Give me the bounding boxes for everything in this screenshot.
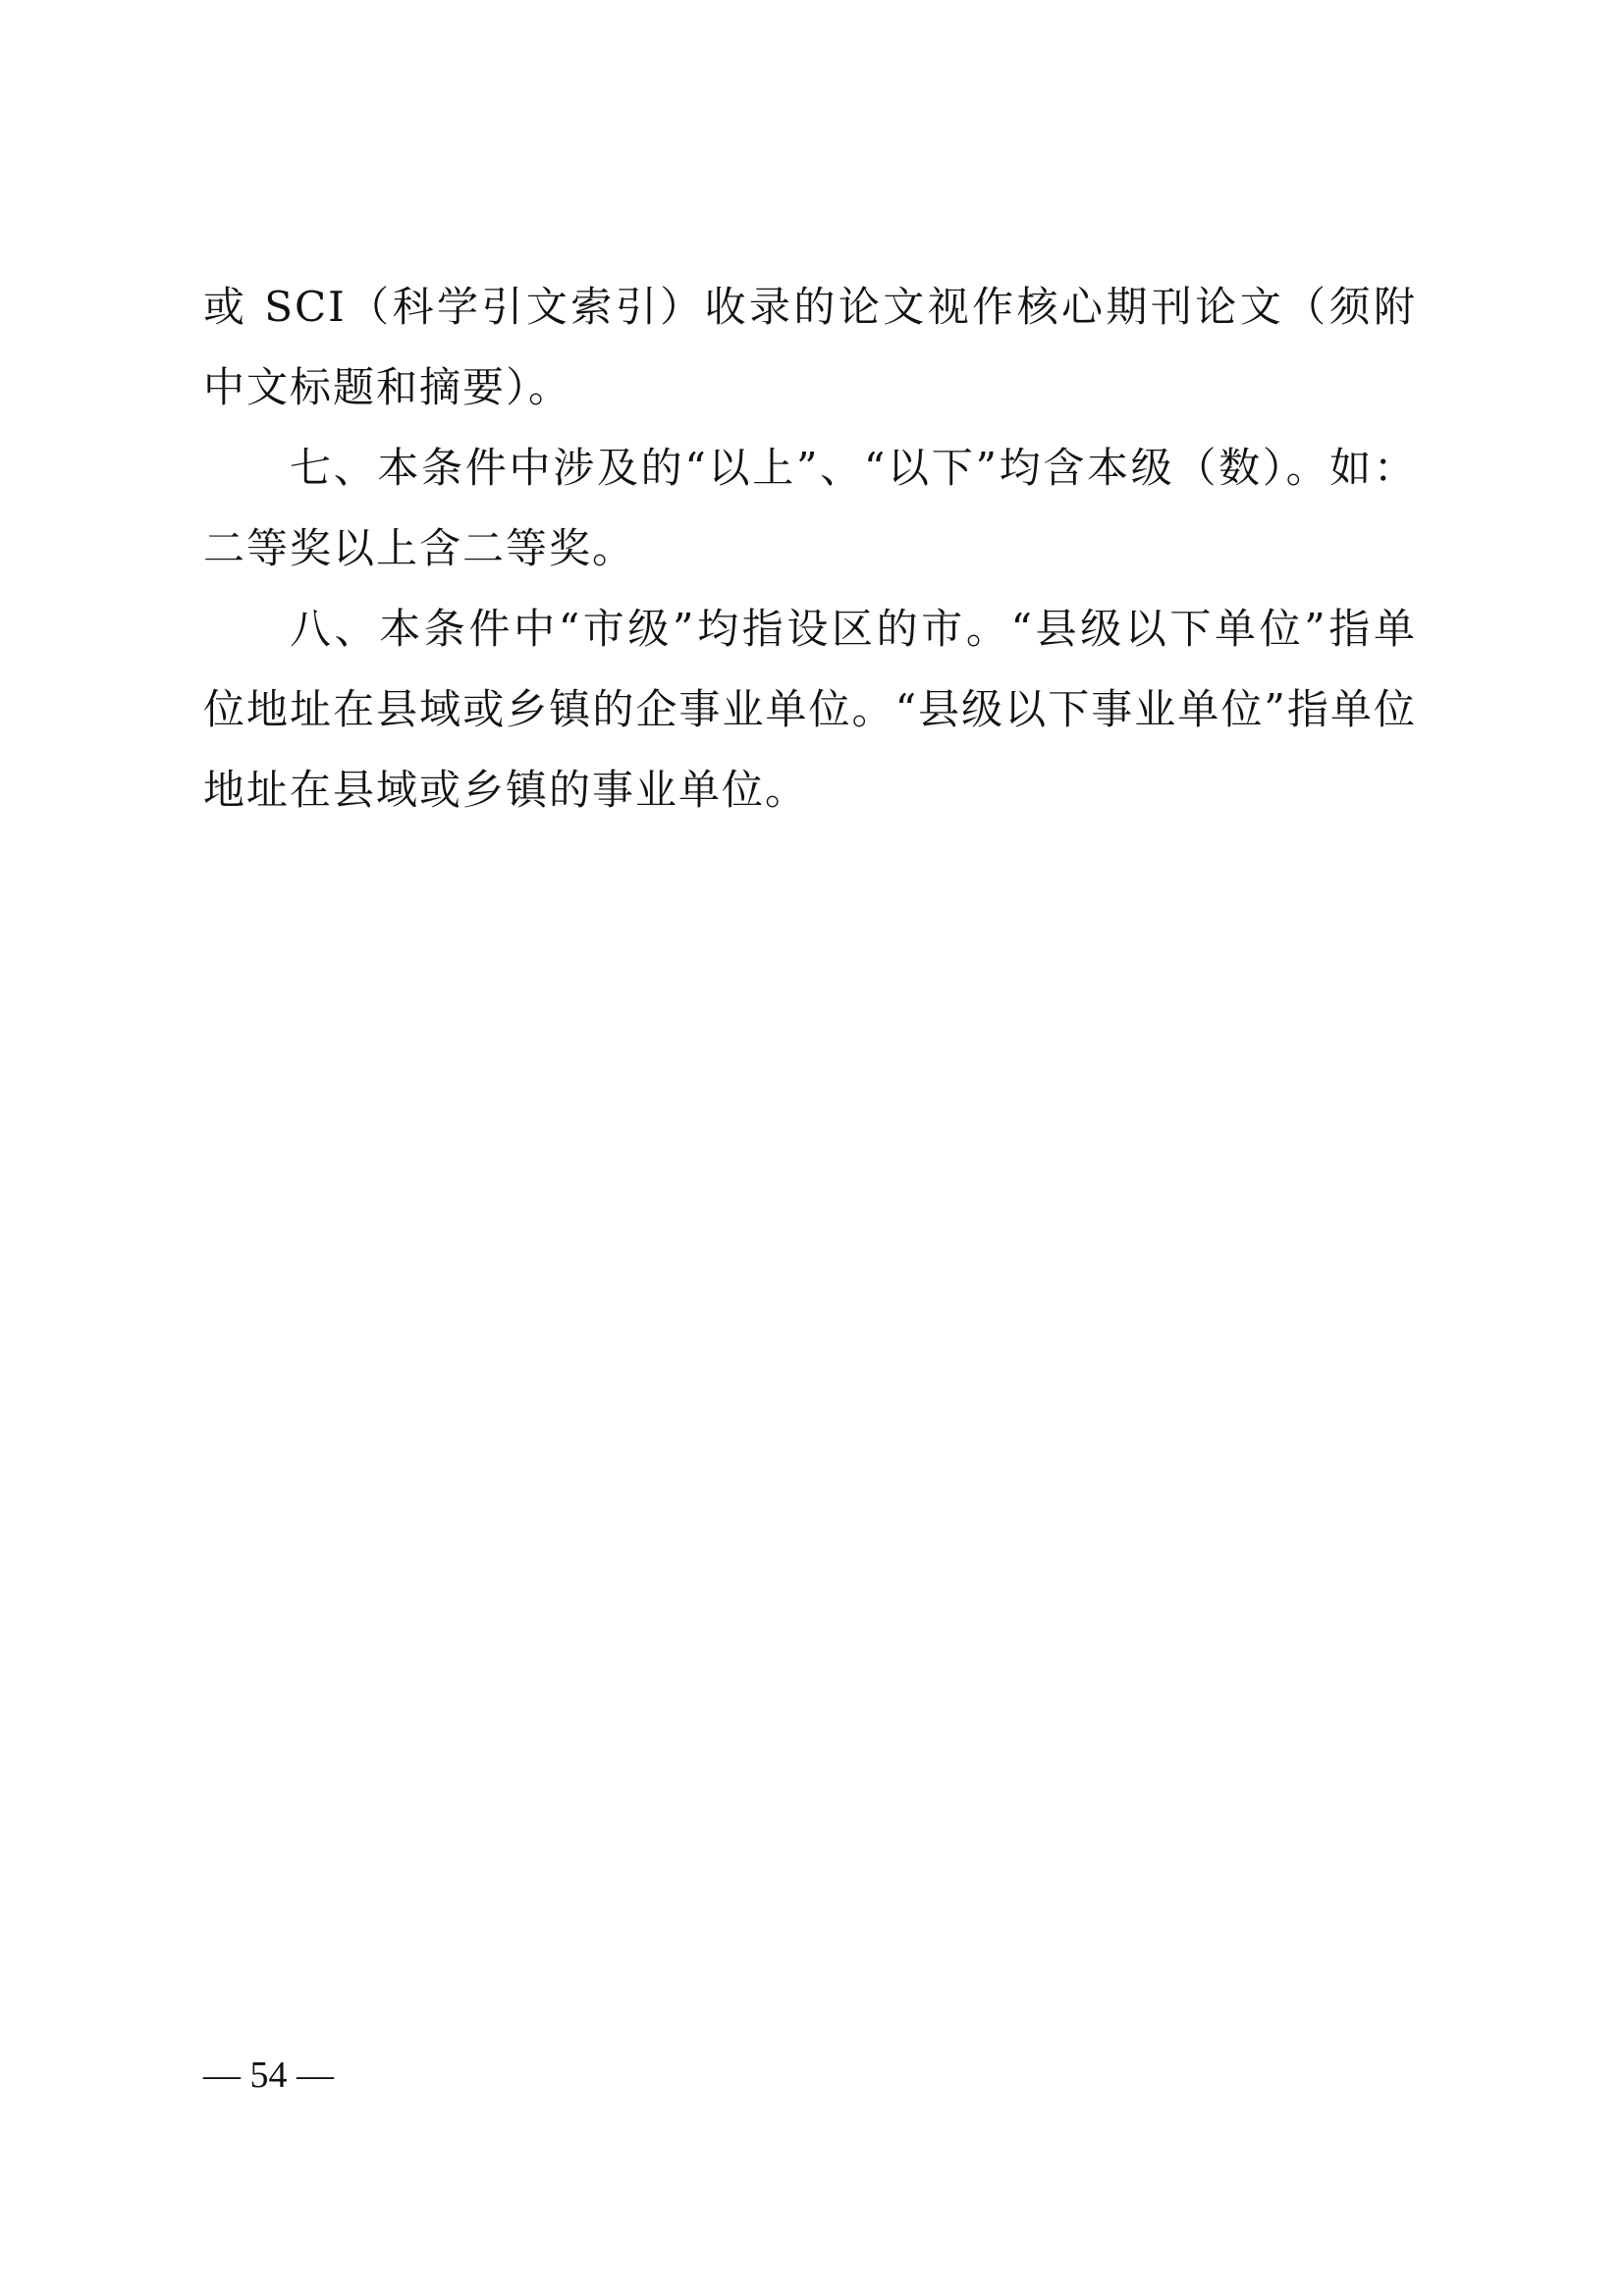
paragraph-item-8: 八、本条件中“市级”均指设区的市。“县级以下单位”指单位地址在县域或乡镇的企事业… [203, 589, 1417, 830]
paragraph-item-7: 七、本条件中涉及的“以上”、“以下”均含本级（数）。如：二等奖以上含二等奖。 [203, 428, 1417, 589]
document-body: 或 SCI（科学引文索引）收录的论文视作核心期刊论文（须附中文标题和摘要）。 七… [203, 267, 1417, 830]
paragraph-continuation: 或 SCI（科学引文索引）收录的论文视作核心期刊论文（须附中文标题和摘要）。 [203, 267, 1417, 428]
document-page: 或 SCI（科学引文索引）收录的论文视作核心期刊论文（须附中文标题和摘要）。 七… [0, 0, 1624, 2296]
page-number: — 54 — [203, 2052, 334, 2099]
